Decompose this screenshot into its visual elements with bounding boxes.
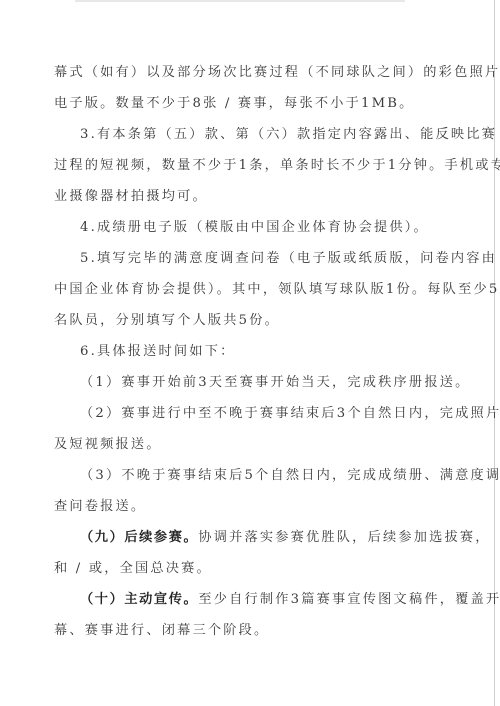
text-line: 业摄像器材拍摄均可。 — [54, 188, 208, 206]
text-line: 3.有本条第（五）款、第（六）款指定内容露出、能反映比赛 — [80, 126, 497, 144]
text-line: 查问卷报送。 — [54, 498, 146, 516]
bold-heading: （九）后续参赛。 — [80, 530, 198, 545]
text-line: 幕式（如有）以及部分场次比赛过程（不同球队之间）的彩色照片 — [54, 64, 500, 82]
text-run: 至少自行制作3篇赛事宣传图文稿件，覆盖开 — [198, 592, 500, 607]
text-line: 名队员，分别填写个人版共5份。 — [54, 312, 280, 330]
text-line: （九）后续参赛。协调并落实参赛优胜队，后续参加选拔赛， — [80, 529, 491, 547]
page-edge — [75, 0, 405, 2]
text-line: 及短视频报送。 — [54, 436, 162, 454]
text-line: （1）赛事开始前3天至赛事开始当天，完成秩序册报送。 — [80, 374, 470, 392]
text-line: 过程的短视频，数量不少于1条，单条时长不少于1分钟。手机或专 — [54, 157, 500, 175]
text-line: （2）赛事进行中至不晚于赛事结束后3个自然日内，完成照片 — [80, 405, 500, 423]
text-line: 中国企业体育协会提供）。其中，领队填写球队版1份。每队至少5 — [54, 281, 499, 299]
bold-heading: （十）主动宣传。 — [80, 592, 198, 607]
text-line: 幕、赛事进行、闭幕三个阶段。 — [54, 622, 269, 640]
text-line: 6.具体报送时间如下： — [80, 343, 235, 361]
text-run: 协调并落实参赛优胜队，后续参加选拔赛， — [198, 530, 490, 545]
text-line: 5.填写完毕的满意度调查问卷（电子版或纸质版，问卷内容由 — [80, 250, 497, 268]
document-page: 幕式（如有）以及部分场次比赛过程（不同球队之间）的彩色照片 电子版。数量不少于8… — [0, 0, 495, 706]
text-line: （3）不晚于赛事结束后5个自然日内，完成成绩册、满意度调 — [80, 467, 500, 485]
text-line: （十）主动宣传。至少自行制作3篇赛事宣传图文稿件，覆盖开 — [80, 591, 500, 609]
text-line: 4.成绩册电子版（模版由中国企业体育协会提供）。 — [80, 219, 429, 237]
text-line: 和 / 或，全国总决赛。 — [54, 560, 212, 578]
text-line: 电子版。数量不少于8张 / 赛事，每张不小于1MB。 — [54, 95, 415, 113]
